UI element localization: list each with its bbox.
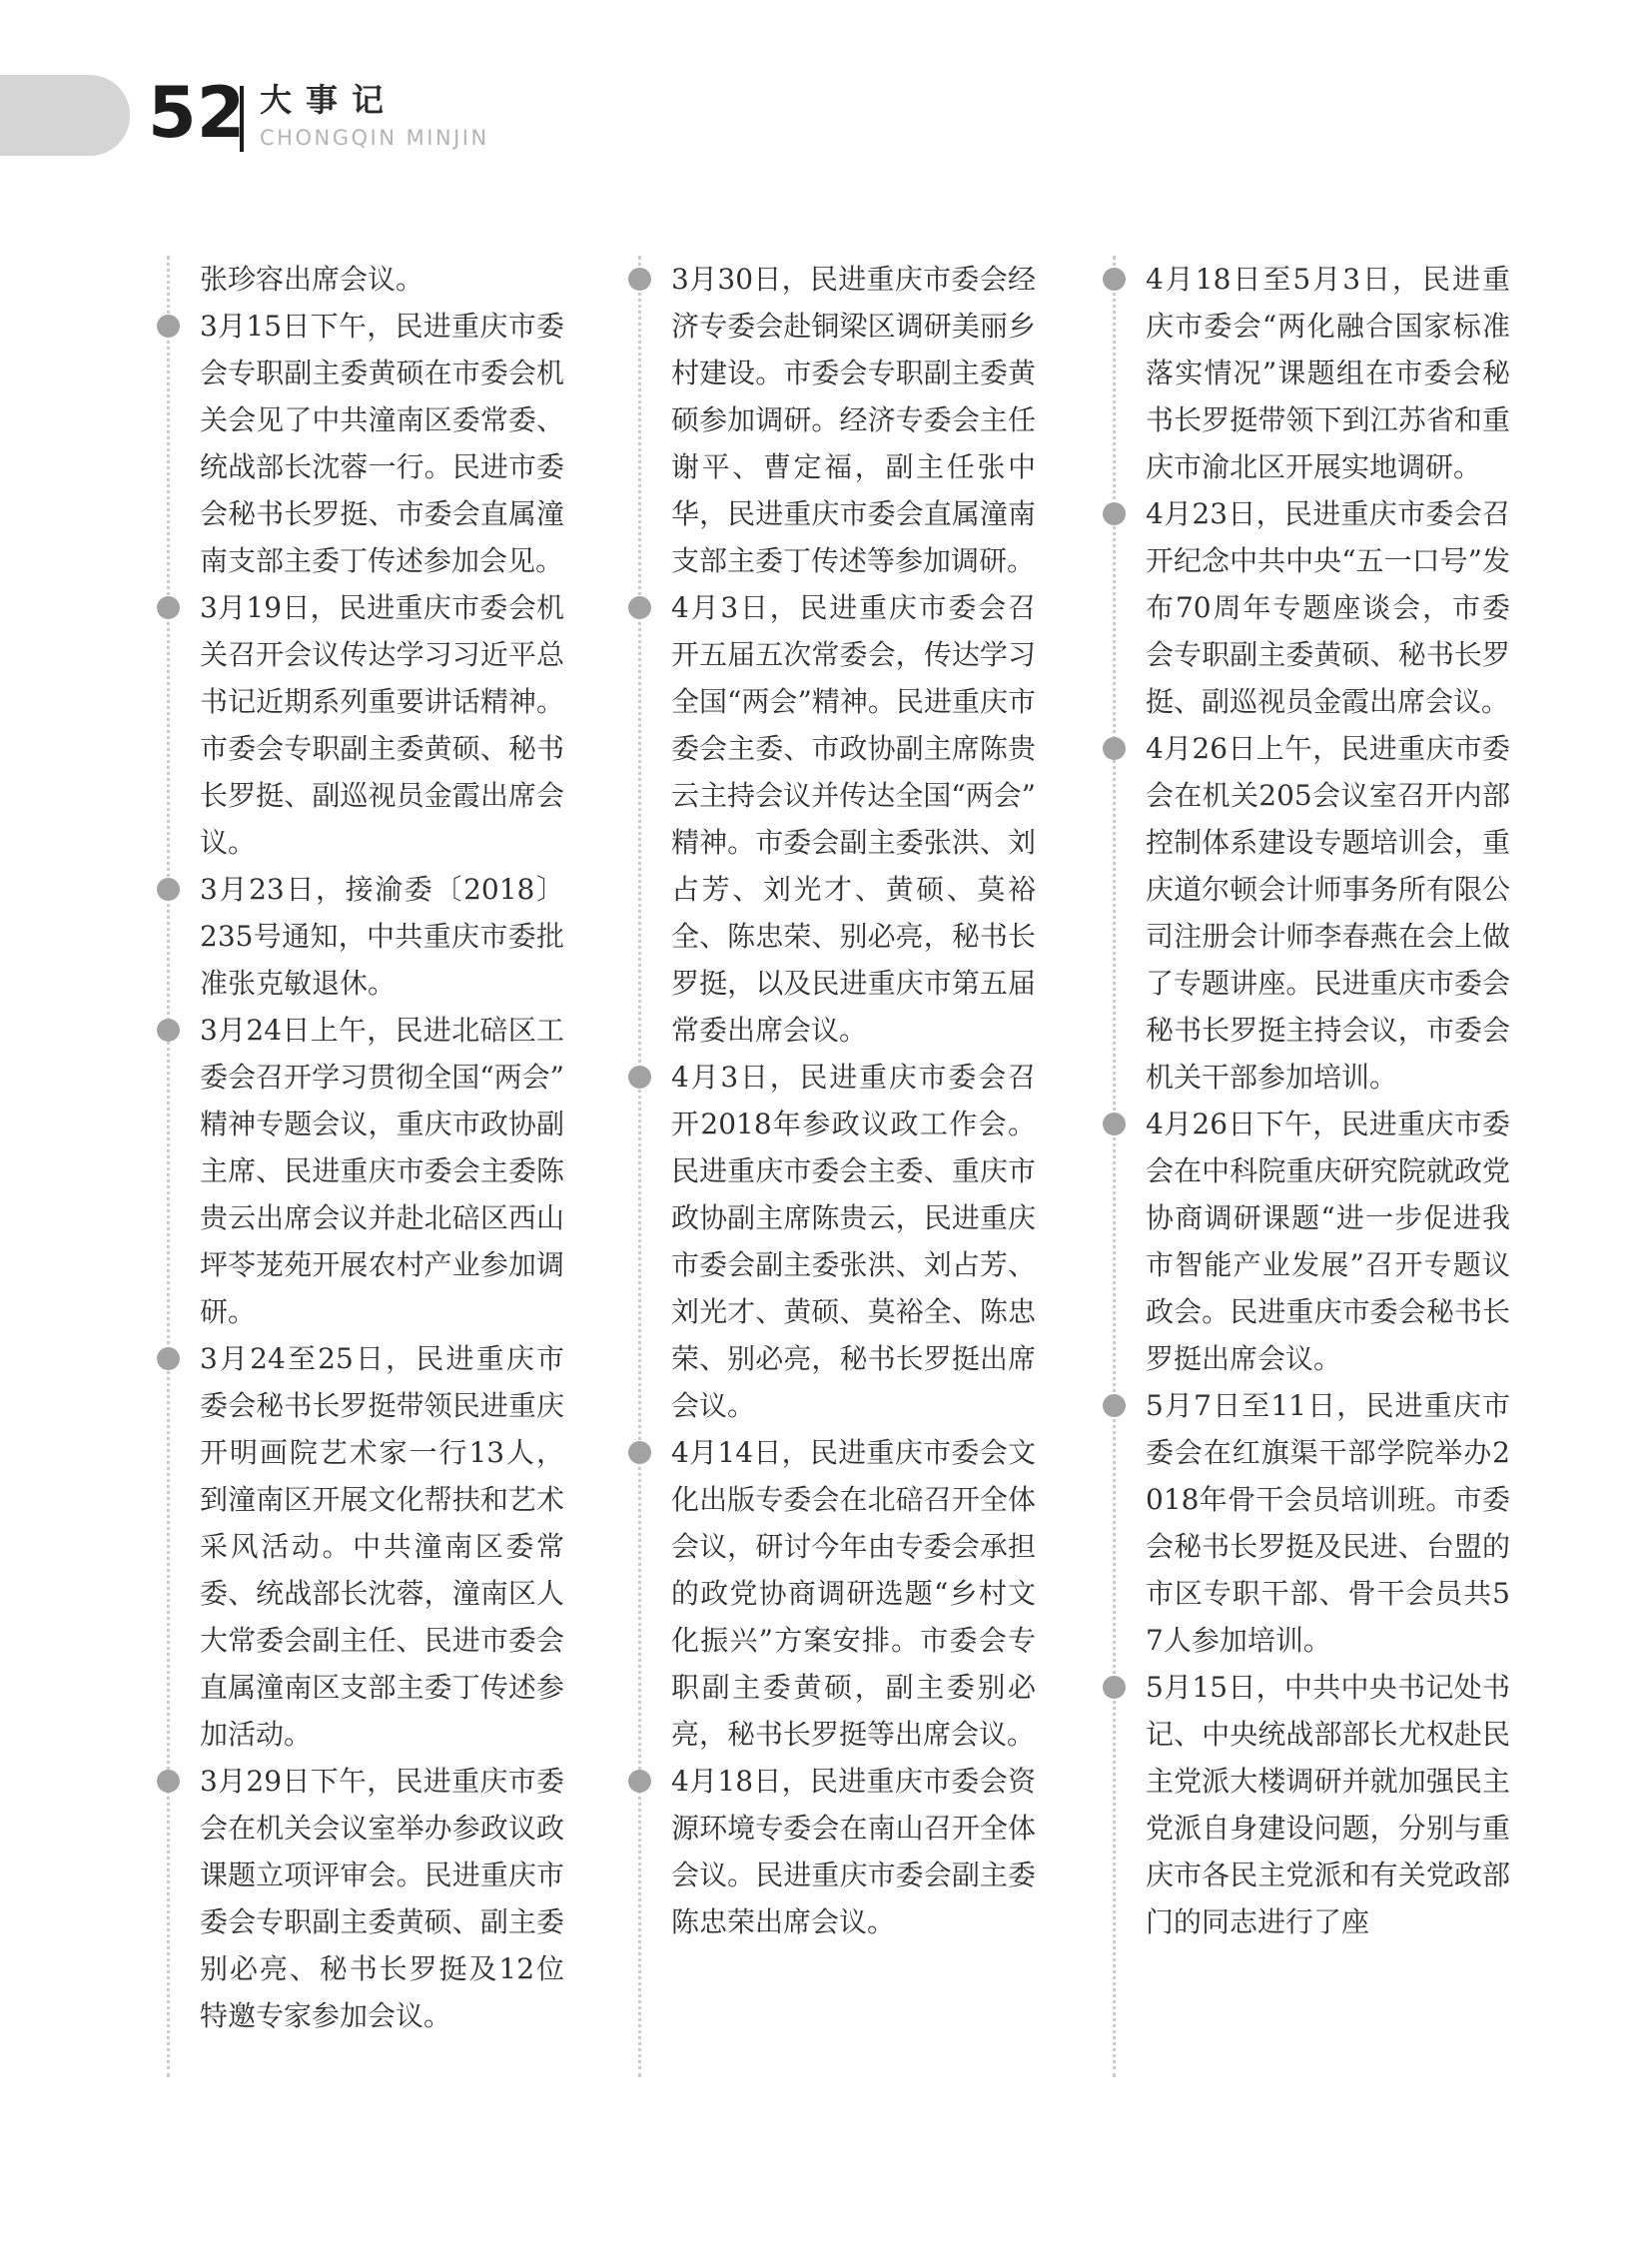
timeline-bullet-icon: [628, 268, 651, 291]
event-entry: 4月3日，民进重庆市委会召开五届五次常委会，传达学习全国“两会”精神。民进重庆市…: [671, 584, 1036, 1054]
timeline-bullet-icon: [1103, 737, 1126, 760]
entry-text: 3月24至25日，民进重庆市委会秘书长罗挺带领民进重庆开明画院艺术家一行13人，…: [200, 1335, 564, 1758]
event-entry: 4月14日，民进重庆市委会文化出版专委会在北碚召开全体会议，研讨今年由专委会承担…: [671, 1429, 1036, 1758]
event-entry: 4月26日下午，民进重庆市委会在中科院重庆研究院就政党协商调研课题“进一步促进我…: [1146, 1101, 1510, 1382]
entry-text: 4月26日下午，民进重庆市委会在中科院重庆研究院就政党协商调研课题“进一步促进我…: [1146, 1101, 1510, 1382]
entry-text: 4月18日，民进重庆市委会资源环境专委会在南山召开全体会议。民进重庆市委会副主委…: [671, 1758, 1036, 1945]
timeline-bullet-icon: [1103, 1113, 1126, 1135]
timeline-bullet-icon: [1103, 268, 1126, 291]
event-entry: 3月29日下午，民进重庆市委会在机关会议室举办参政议政课题立项评审会。民进重庆市…: [200, 1758, 564, 2039]
header-divider: [240, 86, 244, 152]
entry-text: 4月3日，民进重庆市委会召开2018年参政议政工作会。民进重庆市委会主委、重庆市…: [671, 1054, 1036, 1429]
event-entry: 3月23日，接渝委〔2018〕235号通知，中共重庆市委批准张克敏退休。: [200, 866, 564, 1007]
event-entry: 3月19日，民进重庆市委会机关召开会议传达学习习近平总书记近期系列重要讲话精神。…: [200, 584, 564, 866]
timeline-bullet-icon: [157, 1347, 180, 1370]
entry-text: 3月30日，民进重庆市委会经济专委会赴铜梁区调研美丽乡村建设。市委会专职副主委黄…: [671, 256, 1036, 584]
event-entry: 4月23日，民进重庆市委会召开纪念中共中央“五一口号”发布70周年专题座谈会，市…: [1146, 490, 1510, 725]
entry-text: 4月18日至5月3日，民进重庆市委会“两化融合国家标准落实情况”课题组在市委会秘…: [1146, 256, 1510, 490]
entry-text: 4月26日上午，民进重庆市委会在机关205会议室召开内部控制体系建设专题培训会，…: [1146, 725, 1510, 1101]
entry-text: 4月23日，民进重庆市委会召开纪念中共中央“五一口号”发布70周年专题座谈会，市…: [1146, 490, 1510, 725]
timeline-bullet-icon: [157, 878, 180, 901]
event-entry: 张珍容出席会议。: [200, 256, 564, 303]
timeline-bullet-icon: [628, 1770, 651, 1793]
timeline-bullet-icon: [157, 596, 180, 619]
event-entry: 5月7日至11日，民进重庆市委会在红旗渠干部学院举办2018年骨干会员培训班。市…: [1146, 1382, 1510, 1664]
timeline-bullet-icon: [628, 1066, 651, 1089]
timeline-bullet-icon: [157, 1019, 180, 1042]
column-1: 张珍容出席会议。 3月15日下午，民进重庆市委会专职副主委黄硕在市委会机关会见了…: [167, 256, 564, 2077]
entry-text: 5月15日，中共中央书记处书记、中央统战部部长尤权赴民主党派大楼调研并就加强民主…: [1146, 1664, 1510, 1945]
timeline-bullet-icon: [1103, 502, 1126, 525]
entry-text: 5月7日至11日，民进重庆市委会在红旗渠干部学院举办2018年骨干会员培训班。市…: [1146, 1382, 1510, 1664]
column-2: 3月30日，民进重庆市委会经济专委会赴铜梁区调研美丽乡村建设。市委会专职副主委黄…: [638, 256, 1036, 2077]
event-entry: 3月15日下午，民进重庆市委会专职副主委黄硕在市委会机关会见了中共潼南区委常委、…: [200, 303, 564, 584]
timeline-bullet-icon: [628, 1441, 651, 1464]
entry-text: 3月24日上午，民进北碚区工委会召开学习贯彻全国“两会”精神专题会议，重庆市政协…: [200, 1007, 564, 1335]
event-entry: 3月24日上午，民进北碚区工委会召开学习贯彻全国“两会”精神专题会议，重庆市政协…: [200, 1007, 564, 1335]
entry-text: 3月15日下午，民进重庆市委会专职副主委黄硕在市委会机关会见了中共潼南区委常委、…: [200, 303, 564, 584]
event-entry: 4月18日，民进重庆市委会资源环境专委会在南山召开全体会议。民进重庆市委会副主委…: [671, 1758, 1036, 1945]
event-entry: 5月15日，中共中央书记处书记、中央统战部部长尤权赴民主党派大楼调研并就加强民主…: [1146, 1664, 1510, 1945]
event-entry: 3月30日，民进重庆市委会经济专委会赴铜梁区调研美丽乡村建设。市委会专职副主委黄…: [671, 256, 1036, 584]
page-title: 大事记: [260, 84, 398, 116]
timeline-bullet-icon: [1103, 1394, 1126, 1417]
entry-text: 3月23日，接渝委〔2018〕235号通知，中共重庆市委批准张克敏退休。: [200, 866, 564, 1007]
event-entry: 4月26日上午，民进重庆市委会在机关205会议室召开内部控制体系建设专题培训会，…: [1146, 725, 1510, 1101]
entry-text: 4月3日，民进重庆市委会召开五届五次常委会，传达学习全国“两会”精神。民进重庆市…: [671, 584, 1036, 1054]
event-entry: 3月24至25日，民进重庆市委会秘书长罗挺带领民进重庆开明画院艺术家一行13人，…: [200, 1335, 564, 1758]
entry-text: 3月29日下午，民进重庆市委会在机关会议室举办参政议政课题立项评审会。民进重庆市…: [200, 1758, 564, 2039]
timeline-bullet-icon: [628, 596, 651, 619]
timeline-bullet-icon: [157, 315, 180, 338]
column-3: 4月18日至5月3日，民进重庆市委会“两化融合国家标准落实情况”课题组在市委会秘…: [1113, 256, 1510, 2077]
corner-tab-shape: [0, 75, 130, 156]
timeline-bullet-icon: [1103, 1676, 1126, 1699]
entry-text: 张珍容出席会议。: [200, 256, 564, 303]
magazine-page: 52 大事记 CHONGQIN MINJIN 张珍容出席会议。 3月15日下午，…: [0, 0, 1652, 2241]
page-subtitle: CHONGQIN MINJIN: [260, 128, 489, 149]
entry-text: 3月19日，民进重庆市委会机关召开会议传达学习习近平总书记近期系列重要讲话精神。…: [200, 584, 564, 866]
event-entry: 4月18日至5月3日，民进重庆市委会“两化融合国家标准落实情况”课题组在市委会秘…: [1146, 256, 1510, 490]
event-entry: 4月3日，民进重庆市委会召开2018年参政议政工作会。民进重庆市委会主委、重庆市…: [671, 1054, 1036, 1429]
page-number: 52: [148, 78, 245, 148]
entry-text: 4月14日，民进重庆市委会文化出版专委会在北碚召开全体会议，研讨今年由专委会承担…: [671, 1429, 1036, 1758]
timeline-bullet-icon: [157, 1770, 180, 1793]
